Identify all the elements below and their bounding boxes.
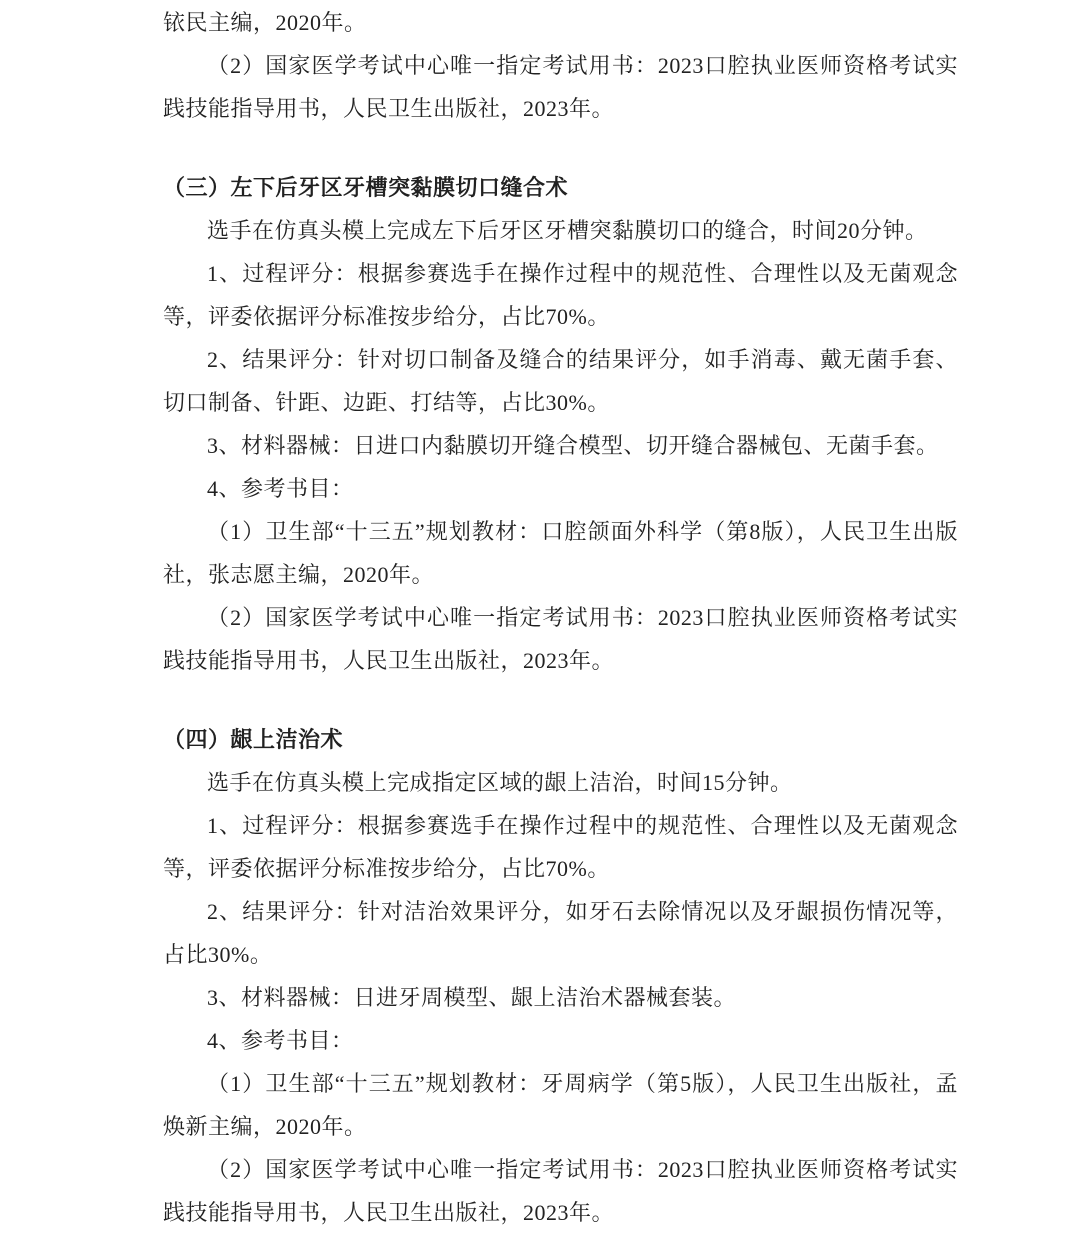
task-description: 选手在仿真头模上完成左下后牙区牙槽突黏膜切口的缝合，时间20分钟。 <box>163 209 958 252</box>
continuation-line: 铱民主编，2020年。 <box>163 1 958 44</box>
scoring-item-process: 1、过程评分：根据参赛选手在操作过程中的规范性、合理性以及无菌观念等，评委依据评… <box>163 804 958 890</box>
reference-item: （1）卫生部“十三五”规划教材：口腔颌面外科学（第8版），人民卫生出版社，张志愿… <box>163 510 958 596</box>
document-page: 铱民主编，2020年。 （2）国家医学考试中心唯一指定考试用书：2023口腔执业… <box>163 1 958 1234</box>
task-description: 选手在仿真头模上完成指定区域的龈上洁治，时间15分钟。 <box>163 761 958 804</box>
reference-item: （1）卫生部“十三五”规划教材：牙周病学（第5版），人民卫生出版社，孟焕新主编，… <box>163 1062 958 1148</box>
scoring-item-result: 2、结果评分：针对切口制备及缝合的结果评分，如手消毒、戴无菌手套、切口制备、针距… <box>163 338 958 424</box>
materials-item: 3、材料器械：日进牙周模型、龈上洁治术器械套装。 <box>163 976 958 1019</box>
scoring-item-result: 2、结果评分：针对洁治效果评分，如牙石去除情况以及牙龈损伤情况等，占比30%。 <box>163 890 958 976</box>
section-heading-4: （四）龈上洁治术 <box>163 718 958 761</box>
scoring-item-process: 1、过程评分：根据参赛选手在操作过程中的规范性、合理性以及无菌观念等，评委依据评… <box>163 252 958 338</box>
section-heading-3: （三）左下后牙区牙槽突黏膜切口缝合术 <box>163 166 958 209</box>
reference-item: （2）国家医学考试中心唯一指定考试用书：2023口腔执业医师资格考试实践技能指导… <box>163 596 958 682</box>
references-label: 4、参考书目： <box>163 467 958 510</box>
reference-item: （2）国家医学考试中心唯一指定考试用书：2023口腔执业医师资格考试实践技能指导… <box>163 1148 958 1234</box>
reference-item: （2）国家医学考试中心唯一指定考试用书：2023口腔执业医师资格考试实践技能指导… <box>163 44 958 130</box>
references-label: 4、参考书目： <box>163 1019 958 1062</box>
materials-item: 3、材料器械：日进口内黏膜切开缝合模型、切开缝合器械包、无菌手套。 <box>163 424 958 467</box>
